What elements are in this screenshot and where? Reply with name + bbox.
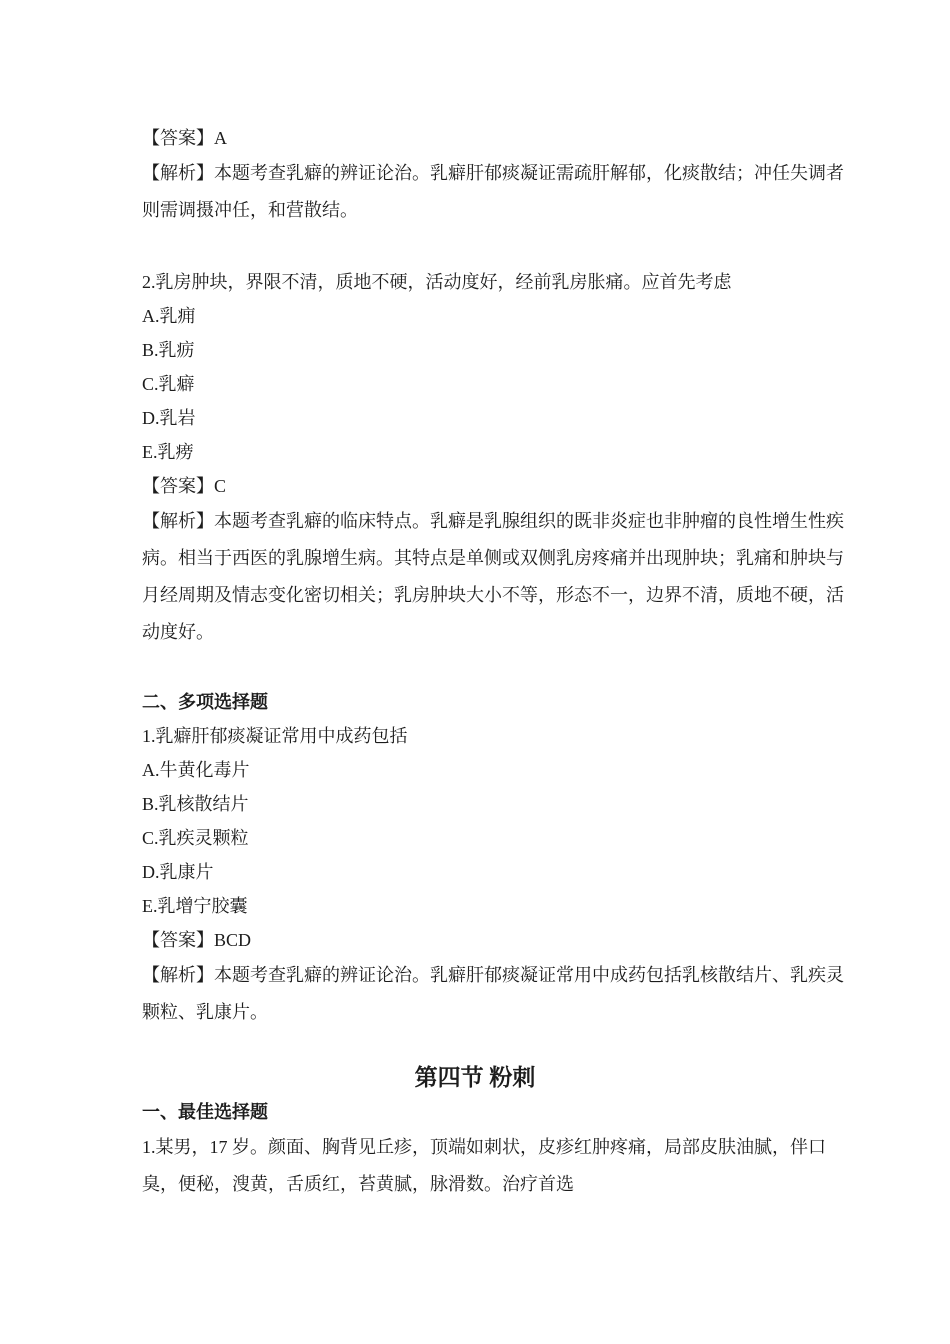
analysis-line: 【解析】本题考查乳癖的临床特点。乳癖是乳腺组织的既非炎症也非肿瘤的良性增生性疾 <box>142 503 808 540</box>
option-item: B.乳核散结片 <box>142 787 808 821</box>
document-page: 【答案】A 【解析】本题考查乳癖的辨证论治。乳癖肝郁痰凝证需疏肝解郁，化痰散结；… <box>0 0 950 1344</box>
answer-line: 【答案】C <box>142 469 808 503</box>
analysis-line: 病。相当于西医的乳腺增生病。其特点是单侧或双侧乳房疼痛并出现肿块；乳痛和肿块与 <box>142 540 808 577</box>
analysis-line: 颗粒、乳康片。 <box>142 994 808 1031</box>
option-item: C.乳癖 <box>142 367 808 401</box>
section-heading: 第四节 粉刺 <box>142 1061 808 1095</box>
answer-line: 【答案】BCD <box>142 923 808 957</box>
option-item: E.乳增宁胶囊 <box>142 889 808 923</box>
answer-line: 【答案】A <box>142 121 808 155</box>
best-choice-subheader: 一、最佳选择题 <box>142 1095 808 1129</box>
analysis-paragraph: 【解析】本题考查乳癖的辨证论治。乳癖肝郁痰凝证需疏肝解郁，化痰散结；冲任失调者 … <box>142 155 808 229</box>
answer-value: BCD <box>214 930 251 950</box>
analysis-line: 月经周期及情志变化密切相关；乳房肿块大小不等，形态不一，边界不清，质地不硬，活 <box>142 577 808 614</box>
analysis-line: 【解析】本题考查乳癖的辨证论治。乳癖肝郁痰凝证需疏肝解郁，化痰散结；冲任失调者 <box>142 155 808 192</box>
answer-label: 【答案】 <box>142 476 214 496</box>
question-stem: 1.乳癖肝郁痰凝证常用中成药包括 <box>142 719 808 753</box>
analysis-line: 动度好。 <box>142 614 808 651</box>
option-item: E.乳痨 <box>142 435 808 469</box>
multi-select-subheader: 二、多项选择题 <box>142 685 808 719</box>
question-stem-line: 1.某男，17 岁。颜面、胸背见丘疹，顶端如刺状，皮疹红肿疼痛，局部皮肤油腻，伴… <box>142 1129 808 1166</box>
option-item: C.乳疾灵颗粒 <box>142 821 808 855</box>
answer-label: 【答案】 <box>142 128 214 148</box>
question-stem-paragraph: 1.某男，17 岁。颜面、胸背见丘疹，顶端如刺状，皮疹红肿疼痛，局部皮肤油腻，伴… <box>142 1129 808 1203</box>
answer-value: C <box>214 476 226 496</box>
analysis-paragraph: 【解析】本题考查乳癖的辨证论治。乳癖肝郁痰凝证常用中成药包括乳核散结片、乳疾灵 … <box>142 957 808 1031</box>
option-item: D.乳岩 <box>142 401 808 435</box>
option-item: D.乳康片 <box>142 855 808 889</box>
option-item: A.乳痈 <box>142 299 808 333</box>
question-stem-line: 臭，便秘，溲黄，舌质红，苔黄腻，脉滑数。治疗首选 <box>142 1166 808 1203</box>
analysis-paragraph: 【解析】本题考查乳癖的临床特点。乳癖是乳腺组织的既非炎症也非肿瘤的良性增生性疾 … <box>142 503 808 651</box>
answer-value: A <box>214 128 227 148</box>
answer-label: 【答案】 <box>142 930 214 950</box>
analysis-line: 【解析】本题考查乳癖的辨证论治。乳癖肝郁痰凝证常用中成药包括乳核散结片、乳疾灵 <box>142 957 808 994</box>
question-stem: 2.乳房肿块，界限不清，质地不硬，活动度好，经前乳房胀痛。应首先考虑 <box>142 265 808 299</box>
option-item: B.乳疬 <box>142 333 808 367</box>
analysis-line: 则需调摄冲任，和营散结。 <box>142 192 808 229</box>
option-item: A.牛黄化毒片 <box>142 753 808 787</box>
